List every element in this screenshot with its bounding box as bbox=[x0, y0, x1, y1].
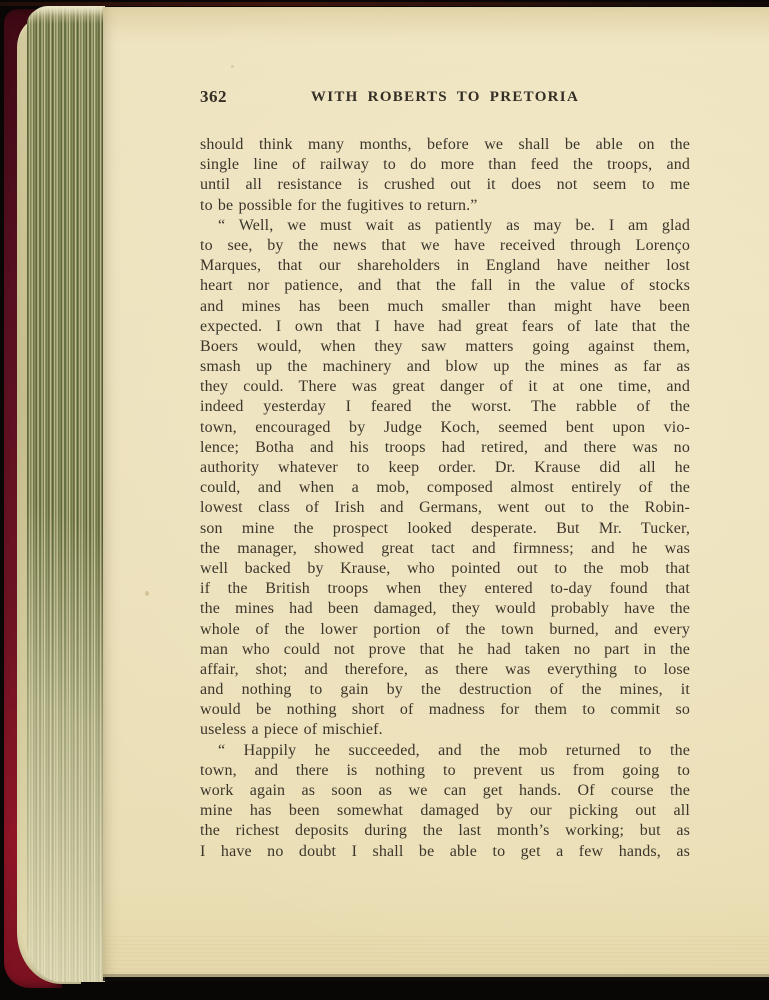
running-header: 362 WITH ROBERTS TO PRETORIA bbox=[200, 87, 690, 109]
book-page: 362 WITH ROBERTS TO PRETORIA should thin… bbox=[103, 7, 769, 977]
book-top-edge bbox=[0, 2, 769, 6]
text-line: the mines had been damaged, they would p… bbox=[200, 599, 690, 619]
text-line: heart nor patience, and that the fall in… bbox=[200, 276, 690, 296]
book-photo: 362 WITH ROBERTS TO PRETORIA should thin… bbox=[0, 0, 769, 1000]
text-line: to be possible for the fugitives to retu… bbox=[200, 196, 690, 216]
text-line: authority whatever to keep order. Dr. Kr… bbox=[200, 458, 690, 478]
text-line: smash up the machinery and blow up the m… bbox=[200, 357, 690, 377]
text-line: work again as soon as we can get hands. … bbox=[200, 781, 690, 801]
page-body: should think many months, before we shal… bbox=[200, 135, 690, 862]
text-line: the richest deposits during the last mon… bbox=[200, 821, 690, 841]
text-line: son mine the prospect looked desperate. … bbox=[200, 519, 690, 539]
text-line: well backed by Krause, who pointed out t… bbox=[200, 559, 690, 579]
text-line: useless a piece of mischief. bbox=[200, 720, 690, 740]
text-line: lence; Botha and his troops had retired,… bbox=[200, 438, 690, 458]
text-line: the manager, showed great tact and firmn… bbox=[200, 539, 690, 559]
text-line: Marques, that our shareholders in Englan… bbox=[200, 256, 690, 276]
text-line: town, encouraged by Judge Koch, seemed b… bbox=[200, 418, 690, 438]
text-line: they could. There was great danger of it… bbox=[200, 377, 690, 397]
text-line: lowest class of Irish and Germans, went … bbox=[200, 498, 690, 518]
text-line: should think many months, before we shal… bbox=[200, 135, 690, 155]
text-line: expected. I own that I have had great fe… bbox=[200, 317, 690, 337]
text-line: until all resistance is crushed out it d… bbox=[200, 175, 690, 195]
text-line: I have no doubt I shall be able to get a… bbox=[200, 842, 690, 862]
text-line: if the British troops when they entered … bbox=[200, 579, 690, 599]
text-line: “ Well, we must wait as patiently as may… bbox=[200, 216, 690, 236]
text-line: “ Happily he succeeded, and the mob retu… bbox=[200, 741, 690, 761]
text-line: single line of railway to do more than f… bbox=[200, 155, 690, 175]
text-line: whole of the lower portion of the town b… bbox=[200, 620, 690, 640]
running-title: WITH ROBERTS TO PRETORIA bbox=[200, 87, 690, 106]
paper-speck bbox=[145, 591, 149, 596]
page-number: 362 bbox=[200, 87, 227, 107]
text-line: indeed yesterday I feared the worst. The… bbox=[200, 397, 690, 417]
text-line: town, and there is nothing to prevent us… bbox=[200, 761, 690, 781]
text-line: mine has been somewhat damaged by our pi… bbox=[200, 801, 690, 821]
text-line: Boers would, when they saw matters going… bbox=[200, 337, 690, 357]
text-line: would be nothing short of madness for th… bbox=[200, 700, 690, 720]
text-line: man who could not prove that he had take… bbox=[200, 640, 690, 660]
fore-edge-stack bbox=[27, 6, 105, 982]
paper-speck bbox=[231, 65, 234, 68]
text-line: and nothing to gain by the destruction o… bbox=[200, 680, 690, 700]
text-line: affair, shot; and therefore, as there wa… bbox=[200, 660, 690, 680]
text-line: to see, by the news that we have receive… bbox=[200, 236, 690, 256]
text-line: could, and when a mob, composed almost e… bbox=[200, 478, 690, 498]
text-line: and mines has been much smaller than mig… bbox=[200, 297, 690, 317]
